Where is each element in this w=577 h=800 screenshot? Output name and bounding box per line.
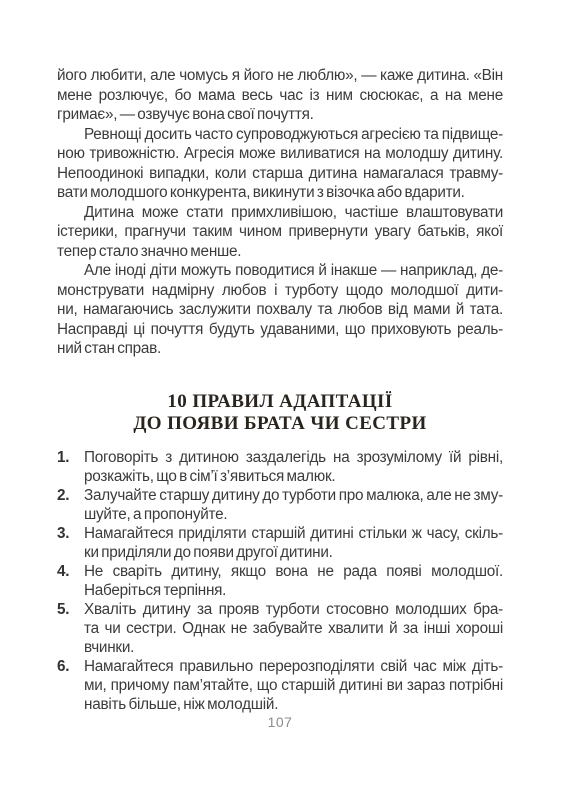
rule-number: 3. [57, 524, 84, 562]
book-page: його любити, але чомусь я його не люблю»… [0, 0, 577, 800]
rule-line: вчинки. [84, 638, 503, 657]
body-line: монструвати надмірну любов і турботу щод… [57, 281, 503, 301]
rule-line: Намагайтеся приділяти старшій дитині сті… [84, 524, 503, 543]
rules-list: 1.Поговоріть з дитиною заздалегідь на зр… [57, 448, 503, 714]
body-line: ною тривожністю. Агресія може виливатися… [57, 144, 503, 164]
rule-lines: Поговоріть з дитиною заздалегідь на зроз… [84, 448, 503, 486]
rule-lines: Намагайтеся правильно перерозподіляти св… [84, 657, 503, 714]
body-line: тепер стало значно менше. [57, 242, 503, 262]
rule-line: розкажіть, що в сім’ї з’явиться малюк. [84, 467, 503, 486]
rule-number: 5. [57, 600, 84, 657]
rule-line: ки приділяли до появи другої дитини. [84, 543, 503, 562]
rule-item: 6.Намагайтеся правильно перерозподіляти … [57, 657, 503, 714]
body-line: Насправді ці почуття будуть удаваними, щ… [57, 320, 503, 340]
section-heading-line-2: ДО ПОЯВИ БРАТА ЧИ СЕСТРИ [133, 413, 426, 434]
rule-item: 2.Залучайте старшу дитину до турботи про… [57, 486, 503, 524]
rule-number: 4. [57, 562, 84, 600]
body-line: істерики, прагнучи таким чином привернут… [57, 222, 503, 242]
rule-line: Залучайте старшу дитину до турботи про м… [84, 486, 503, 505]
body-line: мене розлючує, бо мама весь час із ним с… [57, 86, 503, 106]
body-line: гримає», — озвучує вона свої почуття. [57, 105, 503, 125]
rule-item: 1.Поговоріть з дитиною заздалегідь на зр… [57, 448, 503, 486]
body-line: Ревнощі досить часто супроводжуються агр… [57, 125, 503, 145]
rule-item: 5.Хваліть дитину за прояв турботи стосов… [57, 600, 503, 657]
rule-item: 3.Намагайтеся приділяти старшій дитині с… [57, 524, 503, 562]
body-line: його любити, але чомусь я його не люблю»… [57, 66, 503, 86]
rule-lines: Хваліть дитину за прояв турботи стосовно… [84, 600, 503, 657]
rule-line: Хваліть дитину за прояв турботи стосовно… [84, 600, 503, 619]
body-line: ни, намагаючись заслужити похвалу та люб… [57, 300, 503, 320]
rule-line: шуйте, а пропонуйте. [84, 505, 503, 524]
rule-number: 2. [57, 486, 84, 524]
body-line: Непоодинокі випадки, коли старша дитина … [57, 164, 503, 184]
rule-line: Поговоріть з дитиною заздалегідь на зроз… [84, 448, 503, 467]
rule-lines: Намагайтеся приділяти старшій дитині сті… [84, 524, 503, 562]
rule-number: 1. [57, 448, 84, 486]
rule-line: Наберіться терпіння. [84, 581, 503, 600]
rule-line: Не сваріть дитину, якщо вона не рада поя… [84, 562, 503, 581]
rule-line: ми, причому пам’ятайте, що старшій дитин… [84, 676, 503, 695]
rule-lines: Не сваріть дитину, якщо вона не рада поя… [84, 562, 503, 600]
rule-line: навіть більше, ніж молодшій. [84, 695, 503, 714]
body-line: вати молодшого конкурента, викинути з ві… [57, 183, 503, 203]
body-line: ний стан справ. [57, 339, 503, 359]
rule-line: Намагайтеся правильно перерозподіляти св… [84, 657, 503, 676]
page-number: 107 [57, 714, 503, 730]
rule-line: та чи сестри. Однак не забувайте хвалити… [84, 619, 503, 638]
rule-item: 4.Не сваріть дитину, якщо вона не рада п… [57, 562, 503, 600]
rule-lines: Залучайте старшу дитину до турботи про м… [84, 486, 503, 524]
section-heading: 10 ПРАВИЛ АДАПТАЦІЇ ДО ПОЯВИ БРАТА ЧИ СЕ… [57, 391, 503, 435]
body-line: Але іноді діти можуть поводитися й інакш… [57, 261, 503, 281]
section-heading-line-1: 10 ПРАВИЛ АДАПТАЦІЇ [167, 391, 392, 412]
body-line: Дитина може стати примхливішою, частіше … [57, 203, 503, 223]
body-text-block: його любити, але чомусь я його не люблю»… [57, 66, 503, 359]
rule-number: 6. [57, 657, 84, 714]
